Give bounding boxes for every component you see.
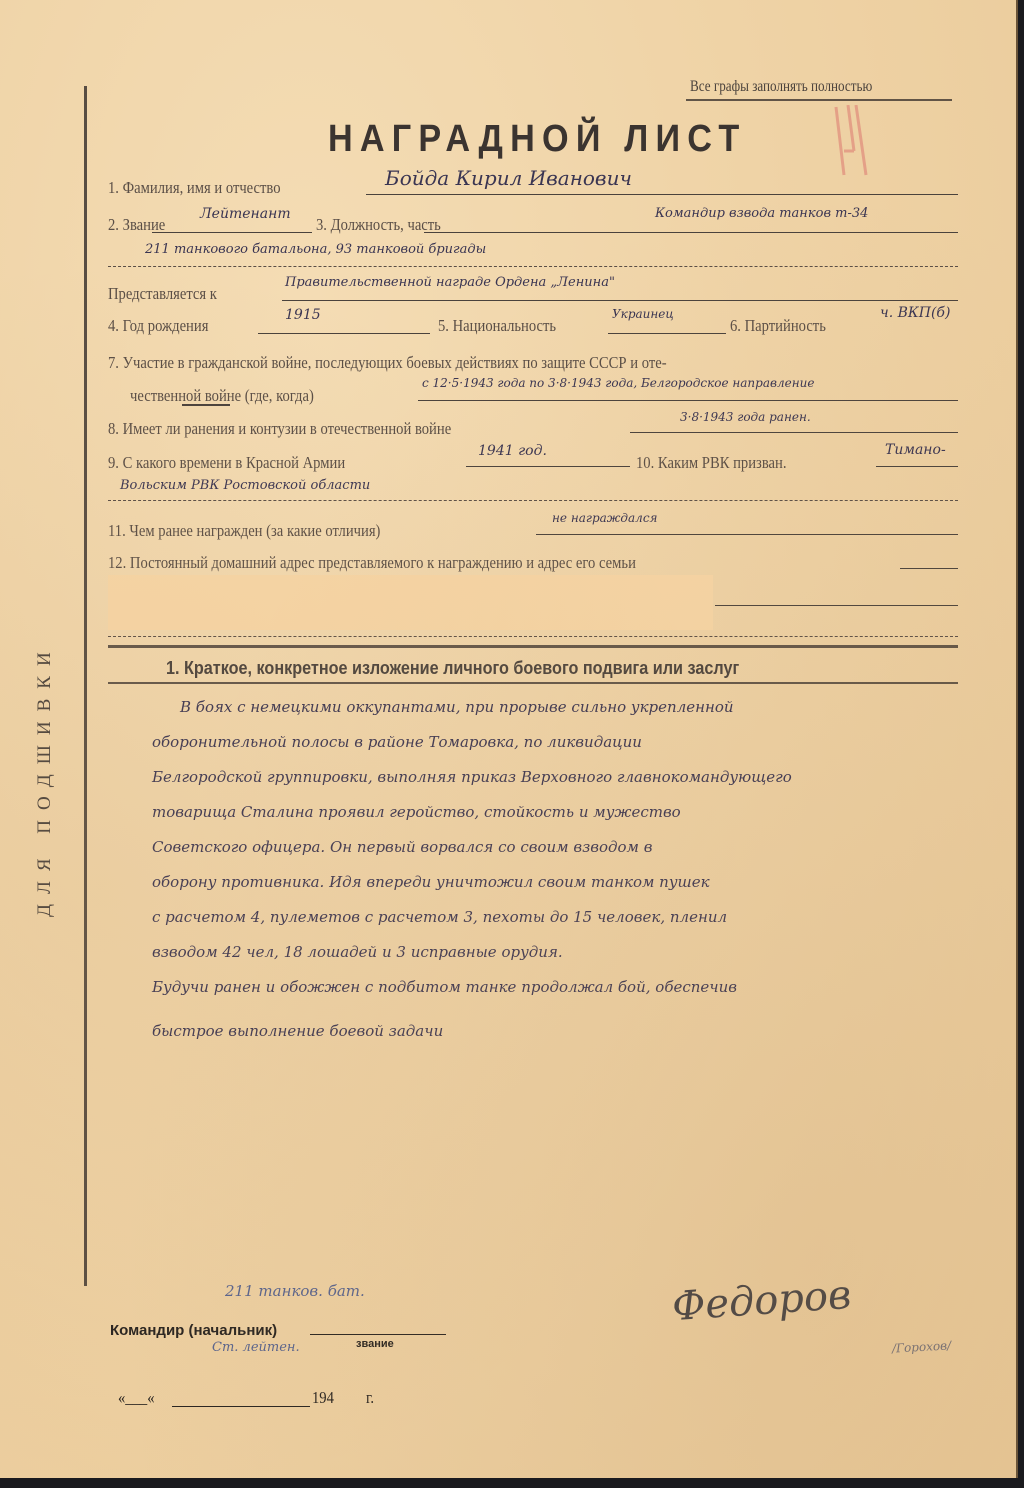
field-12-line — [900, 568, 958, 569]
field-10-label: 10. Каким РВК призван. — [636, 453, 787, 473]
field-2-value: Лейтенант — [200, 206, 291, 222]
field-10-value-2: Вольским РВК Ростовской области — [120, 478, 370, 493]
field-5-value: Украинец — [612, 307, 674, 321]
narrative-line: Белгородской группировки, выполняя прика… — [152, 768, 792, 786]
field-10-line — [876, 466, 958, 467]
field-12-line-2 — [715, 605, 958, 606]
narrative-line: оборону противника. Идя впереди уничтожи… — [152, 873, 710, 891]
nominated-value: Правительственной награде Ордена „Ленина… — [285, 275, 615, 290]
field-7-line — [418, 400, 958, 401]
field-8-label: 8. Имеет ли ранения и контузии в отечест… — [108, 419, 451, 439]
binding-margin-line — [84, 86, 87, 1286]
field-12-label: 12. Постоянный домашний адрес представля… — [108, 553, 636, 573]
field-6-value: ч. ВКП(б) — [880, 305, 950, 321]
field-2-label: 2. Звание — [108, 215, 165, 235]
narrative-line: товарища Сталина проявил геройство, стой… — [152, 803, 681, 821]
nominated-line — [282, 300, 958, 301]
redacted-address — [108, 575, 713, 630]
field-3-line-2 — [108, 266, 958, 267]
field-2-line — [152, 232, 312, 233]
field-8-line — [630, 432, 958, 433]
section-divider — [108, 645, 958, 648]
field-10-line-2 — [108, 500, 958, 501]
field-3-value-1: Командир взвода танков т-34 — [655, 206, 868, 221]
rank-caption: звание — [356, 1338, 394, 1350]
field-8-value: 3·8·1943 года ранен. — [680, 410, 811, 424]
narrative-line: оборонительной полосы в районе Томаровка… — [152, 733, 642, 751]
date-year: 194 — [312, 1388, 334, 1408]
nominated-label: Представляется к — [108, 284, 217, 304]
field-4-label: 4. Год рождения — [108, 316, 208, 336]
narrative-line: взводом 42 чел, 18 лошадей и 3 исправные… — [152, 943, 563, 961]
field-4-value: 1915 — [285, 307, 321, 323]
document-title: НАГРАДНОЙ ЛИСТ — [328, 118, 746, 161]
commander-signature: Федоров — [671, 1272, 853, 1330]
unit-note: 211 танков. бат. — [225, 1282, 365, 1300]
commander-label: Командир (начальник) — [110, 1322, 277, 1339]
field-7-value: с 12·5·1943 года по 3·8·1943 года, Белго… — [422, 376, 814, 390]
field-4-line — [258, 333, 430, 334]
field-11-line — [536, 534, 958, 535]
field-5-label: 5. Национальность — [438, 316, 556, 336]
field-1-label: 1. Фамилия, имя и отчество — [108, 178, 281, 198]
narrative-line: с расчетом 4, пулеметов с расчетом 3, пе… — [152, 908, 727, 926]
field-5-line — [608, 333, 726, 334]
field-1-line — [366, 194, 958, 195]
narrative-line: быстрое выполнение боевой задачи — [152, 1022, 443, 1040]
field-3-value-2: 211 танкового батальона, 93 танковой бри… — [145, 242, 486, 257]
name-note: /Горохов/ — [892, 1338, 952, 1355]
award-sheet-paper: ДЛЯ ПОДШИВКИ Все графы заполнять полност… — [0, 0, 1018, 1478]
date-prefix: «___« — [118, 1388, 155, 1408]
narrative-line: В боях с немецкими оккупантами, при прор… — [180, 698, 734, 716]
field-7-ink-underline — [182, 404, 230, 406]
section-heading: 1. Краткое, конкретное изложение личного… — [166, 658, 739, 679]
binding-label: ДЛЯ ПОДШИВКИ — [34, 640, 74, 920]
field-10-value-1: Тимано- — [885, 442, 946, 458]
field-11-label: 11. Чем ранее награжден (за какие отличи… — [108, 521, 380, 541]
field-9-line — [466, 466, 630, 467]
field-6-label: 6. Партийность — [730, 316, 826, 336]
field-9-value: 1941 год. — [478, 443, 547, 459]
header-note: Все графы заполнять полностью — [690, 78, 872, 96]
field-11-value: не награждался — [552, 511, 658, 525]
field-9-label: 9. С какого времени в Красной Армии — [108, 453, 345, 473]
field-3-line — [424, 232, 958, 233]
field-1-value: Бойда Кирил Иванович — [385, 166, 632, 190]
narrative-line: Будучи ранен и обожжен с подбитом танке … — [152, 978, 737, 996]
field-7-label-1: 7. Участие в гражданской войне, последую… — [108, 353, 667, 373]
section-heading-underline — [108, 682, 958, 684]
date-suffix: г. — [366, 1388, 374, 1408]
commander-line — [310, 1334, 446, 1335]
field-7-label-2: чественной войне (где, когда) — [130, 386, 314, 406]
field-3-label: 3. Должность, часть — [316, 215, 441, 235]
field-12-line-3 — [108, 636, 958, 637]
header-note-underline — [686, 99, 952, 101]
narrative-line: Советского офицера. Он первый ворвался с… — [152, 838, 653, 856]
date-line — [172, 1406, 310, 1407]
rank-value: Ст. лейтен. — [212, 1340, 300, 1355]
red-pencil-mark — [830, 105, 870, 177]
